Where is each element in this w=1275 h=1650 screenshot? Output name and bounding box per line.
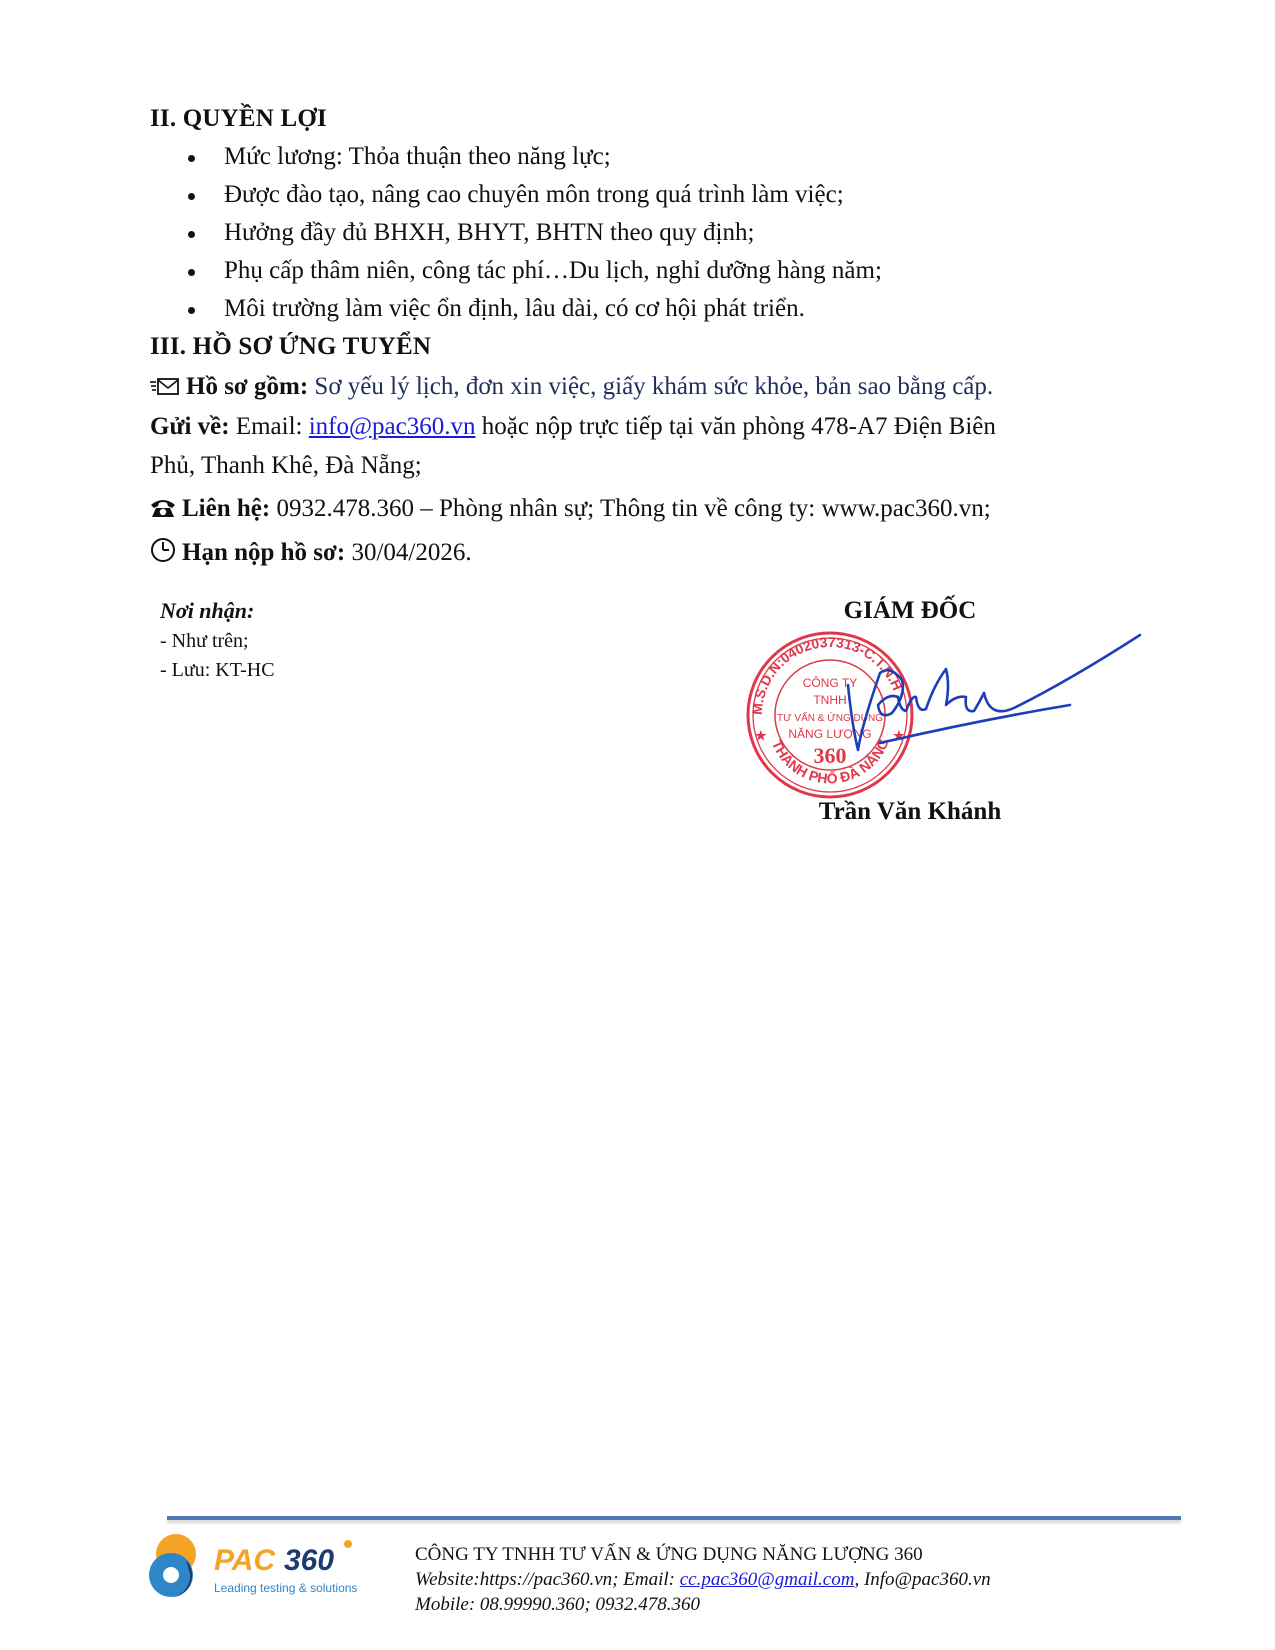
svg-text:★: ★	[755, 728, 767, 743]
stamp-and-signature: M.S.D.N:0402037313-C.T.N.H THÀNH PHỐ ĐÀ …	[740, 625, 1180, 800]
footer-website-line: Website:https://pac360.vn; Email: cc.pac…	[415, 1569, 991, 1591]
company-stamp-icon: M.S.D.N:0402037313-C.T.N.H THÀNH PHỐ ĐÀ …	[740, 625, 1180, 800]
clock-icon	[150, 537, 176, 570]
footer-divider	[167, 1516, 1181, 1520]
svg-text:PAC: PAC	[214, 1544, 276, 1577]
company-logo: PAC 360 Leading testing & solutions	[146, 1530, 386, 1600]
svg-text:360: 360	[284, 1544, 334, 1577]
bullet-icon	[188, 193, 195, 200]
envelope-icon	[150, 376, 180, 404]
telephone-icon	[150, 497, 176, 526]
footer-company-name: CÔNG TY TNHH TƯ VẤN & ỨNG DỤNG NĂNG LƯỢN…	[415, 1544, 923, 1566]
deadline-line: Hạn nộp hồ sơ: 30/04/2026.	[150, 537, 472, 570]
bullet-icon	[188, 231, 195, 238]
signature-title: GIÁM ĐỐC	[760, 597, 1060, 625]
send-to-line: Gửi về: Email: info@pac360.vn hoặc nộp t…	[150, 413, 996, 441]
send-to-line-2: Phủ, Thanh Khê, Đà Nẵng;	[150, 452, 422, 480]
svg-text:TNHH: TNHH	[813, 693, 846, 707]
documents-line: Hồ sơ gồm: Sơ yếu lý lịch, đơn xin việc,…	[150, 373, 993, 404]
bullet-icon	[188, 269, 195, 276]
benefits-heading: II. QUYỀN LỢI	[150, 105, 327, 133]
footer-email-link[interactable]: cc.pac360@gmail.com	[680, 1569, 855, 1590]
recipient-item: - Lưu: KT-HC	[160, 659, 275, 682]
recipient-item: - Như trên;	[160, 630, 249, 653]
signatory-name: Trần Văn Khánh	[760, 798, 1060, 826]
contact-line: Liên hệ: 0932.478.360 – Phòng nhân sự; T…	[150, 495, 991, 526]
svg-text:360: 360	[814, 743, 847, 768]
email-link[interactable]: info@pac360.vn	[309, 413, 476, 440]
svg-text:Leading testing & solutions: Leading testing & solutions	[214, 1581, 357, 1595]
bullet-icon	[188, 155, 195, 162]
recipients-label: Nơi nhận:	[160, 598, 254, 624]
footer-mobile-line: Mobile: 08.99990.360; 0932.478.360	[415, 1594, 700, 1616]
bullet-icon	[188, 307, 195, 314]
application-heading: III. HỒ SƠ ỨNG TUYỂN	[150, 333, 431, 361]
